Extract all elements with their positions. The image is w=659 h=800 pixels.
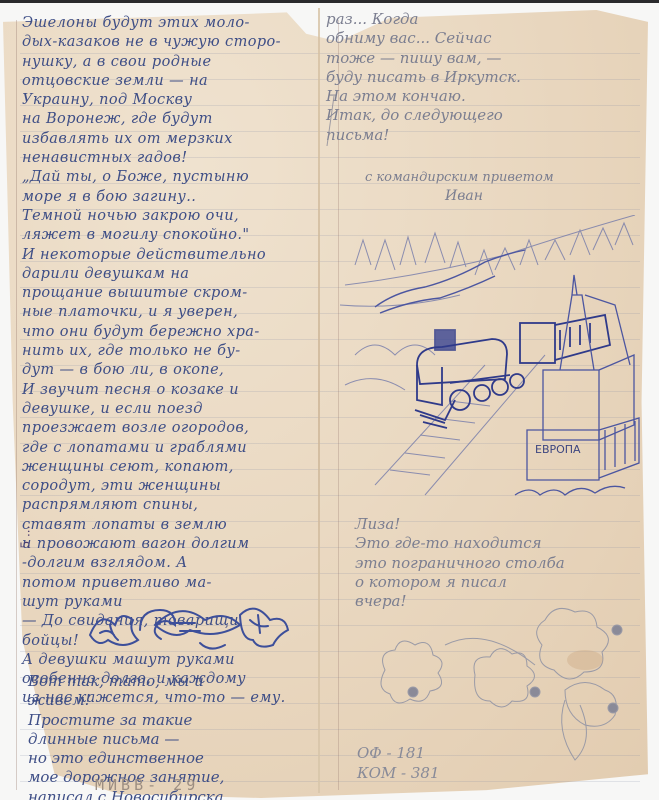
right-column-text: раз... Когдаобниму вас... Сейчастоже — п… xyxy=(326,10,626,145)
handwritten-line: девушке, и если поезд xyxy=(22,400,322,419)
handwritten-line: дут — в бою ли, в окопе, xyxy=(22,361,322,380)
handwritten-line: это пограничного столба xyxy=(355,554,635,573)
note-to-liza: Лиза!Это где-то находитсяэто пограничног… xyxy=(355,515,635,611)
handwritten-line: „Дай ты, о Боже, пустыню xyxy=(22,168,322,187)
signature: Иван xyxy=(445,188,483,204)
handwritten-line: обниму вас... Сейчас xyxy=(326,29,626,48)
left-margin-line xyxy=(16,20,17,790)
handwritten-line: Эшелоны будут этих моло- xyxy=(22,14,322,33)
handwritten-line: где с лопатами и граблями xyxy=(22,439,322,458)
scan-top-edge xyxy=(0,0,659,3)
handwritten-line: ляжет в могилу спокойно." xyxy=(22,226,322,245)
catalog-number-1: ОФ - 181 xyxy=(357,743,440,763)
handwritten-line: прощание вышитые скром- xyxy=(22,284,322,303)
handwritten-line: Это где-то находится xyxy=(355,534,635,553)
handwritten-line: живем! xyxy=(28,691,328,710)
handwritten-line: Простите за такие xyxy=(28,711,328,730)
handwritten-line: ставят лопаты в землю xyxy=(22,516,322,535)
handwritten-line: Темной ночью закрою очи, xyxy=(22,207,322,226)
handwritten-line: проезжает возле огородов, xyxy=(22,419,322,438)
handwritten-line: распрямляют спины, xyxy=(22,496,322,515)
handwritten-line: дарили девушкам на xyxy=(22,265,322,284)
handwritten-line: На этом кончаю. xyxy=(326,87,626,106)
handwritten-line: сородут, эти женщины xyxy=(22,477,322,496)
handwritten-line: но это единственное xyxy=(28,749,328,768)
handwritten-line: Вот так, тато, мы и xyxy=(28,672,328,691)
closing-greeting: с командирским приветом xyxy=(365,170,554,185)
handwritten-line: о котором я писал xyxy=(355,573,635,592)
margin-note: 5 ... xyxy=(18,526,32,549)
handwritten-line: дых-казаков не в чужую сторо- xyxy=(22,33,322,52)
handwritten-line: на Воронеж, где будут xyxy=(22,110,322,129)
archive-stamp: МИВВ- 29 xyxy=(95,776,199,794)
locomotive-drawing: ЕВРОПА xyxy=(335,215,645,505)
handwritten-line: ные платочки, и я уверен, xyxy=(22,303,322,322)
handwritten-line: ненавистных гадов! xyxy=(22,149,322,168)
handwritten-line: -долгим взглядом. А xyxy=(22,554,322,573)
handwritten-line: что они будут бережно хра- xyxy=(22,323,322,342)
handwritten-line: Лиза! xyxy=(355,515,635,534)
handwritten-line: отцовские земли — на xyxy=(22,72,322,91)
handwritten-line: море я в бою загину.. xyxy=(22,188,322,207)
handwritten-line: нить их, где только не бу- xyxy=(22,342,322,361)
handwritten-line: избавлять их от мерзких xyxy=(22,130,322,149)
catalog-numbers: ОФ - 181 КОМ - 381 xyxy=(357,743,440,783)
handwritten-line: и провожают вагон долгим xyxy=(22,535,322,554)
ornament-icon xyxy=(80,595,300,655)
handwritten-line: И некоторые действительно xyxy=(22,246,322,265)
handwritten-line: письма! xyxy=(326,126,626,145)
handwritten-line: тоже — пишу вам, — xyxy=(326,49,626,68)
handwritten-line: женщины сеют, копают, xyxy=(22,458,322,477)
handwritten-line: И звучит песня о козаке и xyxy=(22,381,322,400)
handwritten-line: раз... Когда xyxy=(326,10,626,29)
handwritten-line: длинные письма — xyxy=(28,730,328,749)
handwritten-line: Украину, под Москву xyxy=(22,91,322,110)
handwritten-line: потом приветливо ма- xyxy=(22,574,322,593)
catalog-number-2: КОМ - 381 xyxy=(357,763,440,783)
handwritten-line: Итак, до следующего xyxy=(326,106,626,125)
obelisk-label: ЕВРОПА xyxy=(535,443,581,456)
handwritten-line: нушку, а в свои родные xyxy=(22,53,322,72)
handwritten-line: буду писать в Иркутск. xyxy=(326,68,626,87)
